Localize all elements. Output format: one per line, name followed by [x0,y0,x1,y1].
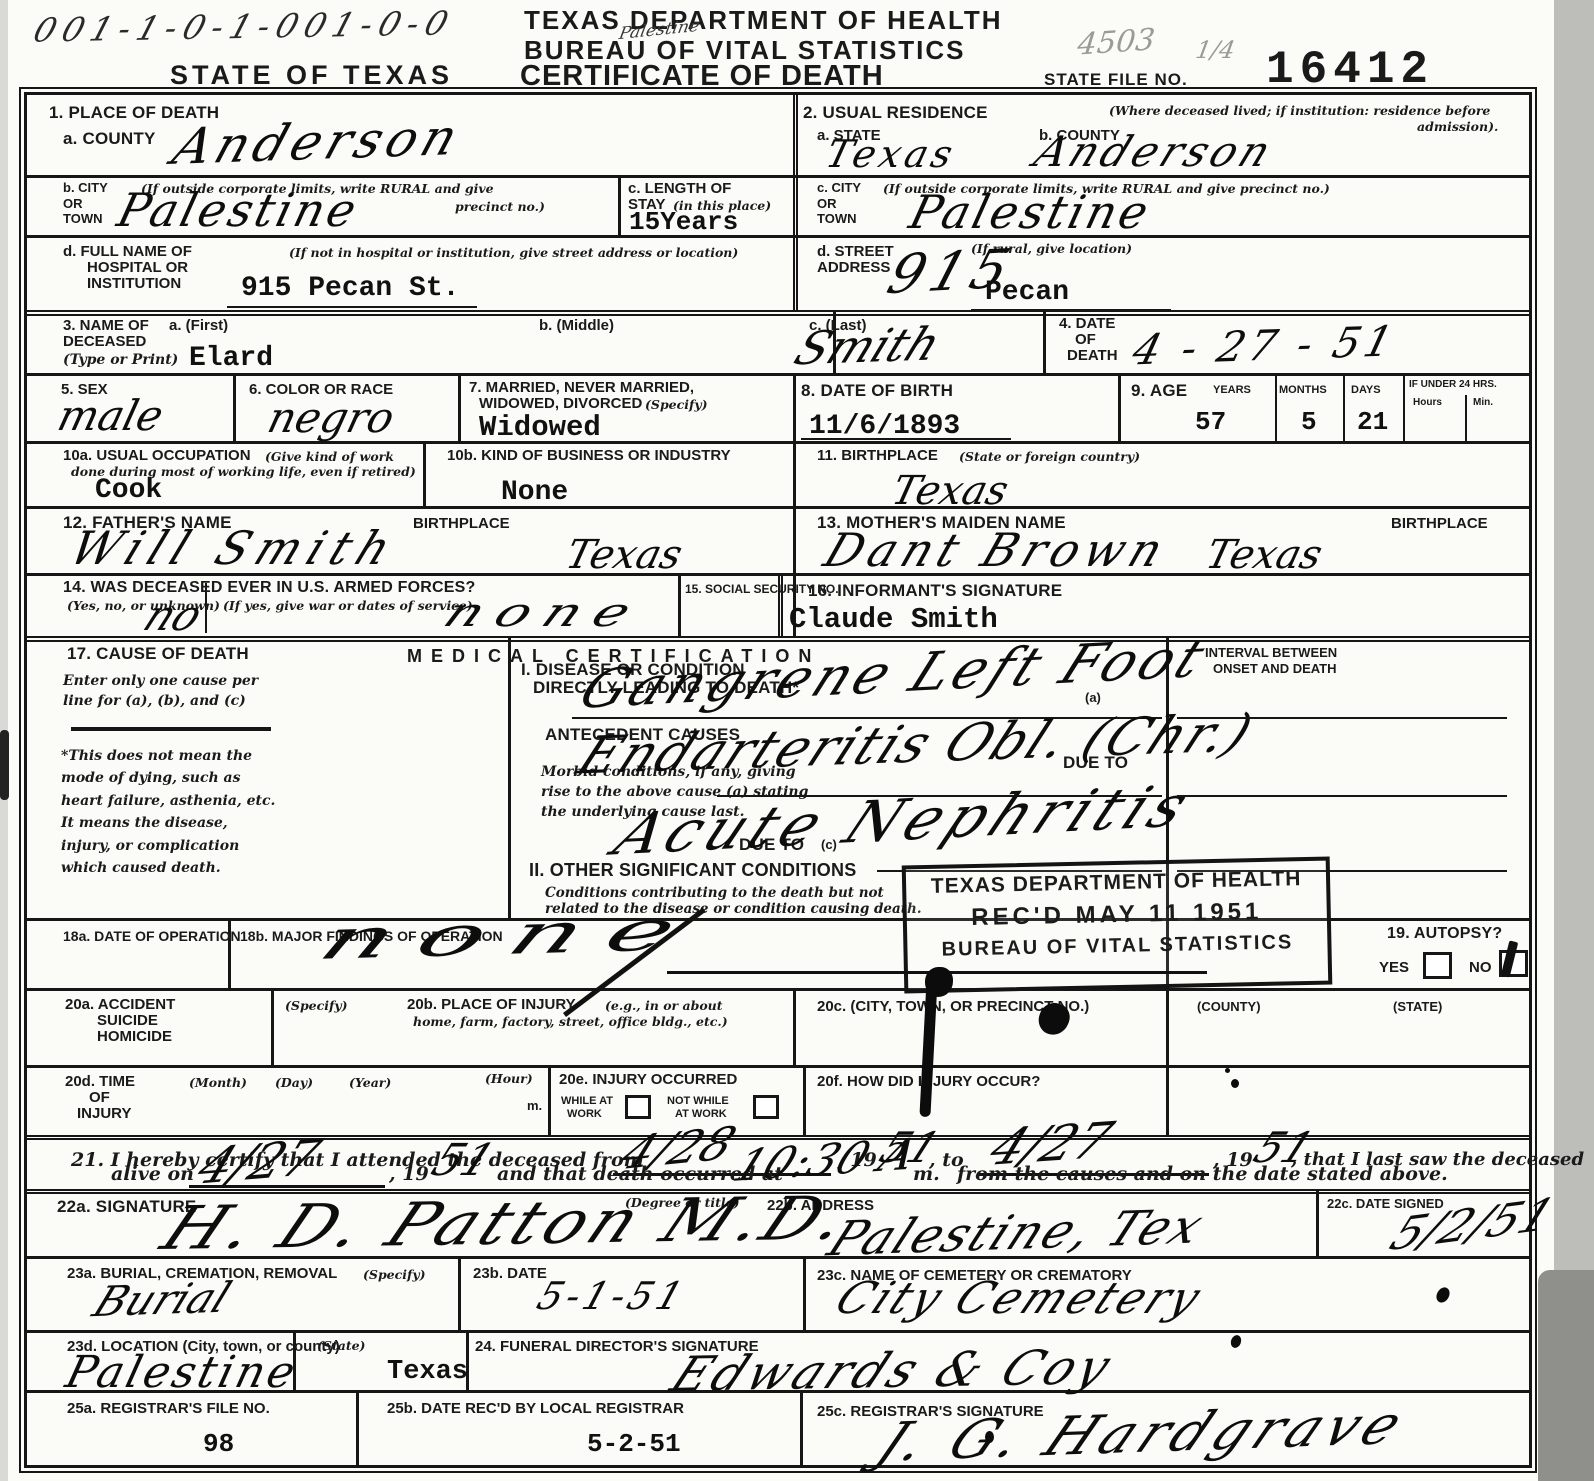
row-border [27,175,1529,178]
place-of-injury-note2: home, farm, factory, street, office bldg… [413,1014,728,1030]
age-hours-label: Hours [1413,397,1442,409]
occupation-note: (Give kind of work [265,449,394,465]
age-years-value: 57 [1195,407,1226,437]
place-city-or: OR [63,197,83,212]
ink-dot [1434,1285,1452,1305]
burial-date-label: 23b. DATE [473,1265,547,1283]
burial-state-note: (State) [317,1338,365,1354]
accident-specify-note: (Specify) [285,998,348,1014]
residence-title: 2. USUAL RESIDENCE [803,103,988,123]
registrar-signature-value: J. G. Hardgrave [869,1398,1417,1470]
not-while-at-work-label: NOT WHILE [667,1095,729,1108]
burial-date-value: 5-1-51 [533,1277,692,1315]
industry-label: 10b. KIND OF BUSINESS OR INDUSTRY [447,447,731,465]
registrar-file-label: 25a. REGISTRAR'S FILE NO. [67,1400,270,1418]
cause-note1: Enter only one cause per [63,672,258,692]
registrar-date-value: 5-2-51 [587,1429,681,1459]
certify-alive-underline [189,1185,385,1188]
col-border [1118,373,1121,441]
col-border [803,1065,806,1135]
col-border [508,636,511,918]
injury-occurred-label: 20e. INJURY OCCURRED [559,1071,737,1089]
date-of-operation-label: 18a. DATE OF OPERATION [63,928,241,944]
col-border [678,573,681,636]
col-border [458,1256,461,1330]
age-min-label: Min. [1473,397,1493,409]
autopsy-no-label: NO [1469,959,1492,977]
col-border [233,373,236,441]
cause-of-death-title: 17. CAUSE OF DEATH [67,644,249,664]
physician-signature-value: H. D. Patton M.D. [153,1188,862,1259]
other-conditions-note: Conditions contributing to the death but… [545,885,884,903]
scan-edge-right [1554,0,1594,1481]
not-while-at-work-checkbox [753,1095,779,1119]
ink-dot [1225,1068,1230,1073]
dob-label: 8. DATE OF BIRTH [801,381,953,401]
cause-note2: *This does not mean the mode of dying, s… [61,745,281,879]
stamp-line2: REC'D MAY 11 1951 [907,897,1327,934]
col-border [356,1390,359,1465]
death-certificate-scan: 001-1-0-1-001-0-0 TEXAS DEPARTMENT OF HE… [0,0,1594,1481]
father-birthplace-label: BIRTHPLACE [413,515,510,533]
state-file-number: 16412 [1266,44,1434,96]
armed-forces-label: 14. WAS DECEASED EVER IN U.S. ARMED FORC… [63,579,476,597]
informant-label: 16. INFORMANT'S SIGNATURE [808,581,1062,601]
certify-time: 10:30 A [727,1133,923,1189]
state-file-no-label: STATE FILE NO. [1044,70,1188,90]
col-border [1316,1189,1319,1256]
stamp-line1: TEXAS DEPARTMENT OF HEALTH [906,867,1326,900]
physician-address-value: Palestine, Tex [821,1203,1212,1264]
informant-value: Claude Smith [789,603,998,636]
injury-hour-label: (Hour) [485,1071,533,1087]
birthplace-note: (State or foreign country) [959,449,1140,465]
place-of-injury-label: 20b. PLACE OF INJURY [407,996,576,1014]
registrar-file-value: 98 [203,1429,234,1459]
name-first-value: Elard [189,343,273,374]
certify-19c: , 19 [389,1163,429,1185]
place-county-label: a. COUNTY [63,129,155,149]
interval-header: INTERVAL BETWEEN [1205,646,1337,661]
burial-state-value: Texas [387,1357,468,1387]
col-border [1275,373,1277,441]
armed-forces-note2: (If yes, give war or dates of service) [223,598,473,614]
funeral-director-signature: Edwards & Coy [664,1343,1122,1399]
col-border [548,1065,551,1135]
ink-dot [1231,1079,1239,1088]
place-city-town: TOWN [63,212,102,227]
name-middle-label: b. (Middle) [539,317,614,335]
underline [227,306,477,308]
row-border [27,988,1529,991]
place-city-note2: precinct no.) [455,199,545,215]
certify-text-4: from the causes and on the date stated a… [957,1163,1448,1185]
name-label3: (Type or Print) [63,351,178,371]
col-border [423,441,426,506]
residence-city-label: c. CITY [817,181,861,196]
col-border [1343,373,1345,441]
injury-year-label: (Year) [349,1075,391,1091]
other-conditions-title: II. OTHER SIGNIFICANT CONDITIONS [529,860,856,881]
burial-specify-note: (Specify) [363,1267,426,1283]
name-first-label: a. (First) [169,317,228,335]
race-value: negro [264,397,399,439]
col-border [803,1256,806,1330]
mother-birthplace-value: Texas [1202,535,1326,575]
date-of-death-value: 4 - 27 - 51 [1128,320,1400,371]
underline [971,309,1171,311]
residence-city-value: Palestine [905,189,1155,235]
length-of-stay-value: 15Years [629,207,738,237]
ink-dot [985,1431,994,1443]
row-border [27,636,1529,642]
father-birthplace-value: Texas [562,535,686,575]
row-border [27,506,1529,509]
injury-month-label: (Month) [189,1075,247,1091]
injury-county-label: (COUNTY) [1197,1000,1261,1015]
date-of-death-label3: DEATH [1067,347,1118,365]
time-of-injury-label3: INJURY [77,1105,131,1123]
age-months-label: MONTHS [1279,384,1327,397]
form-frame: 1. PLACE OF DEATH a. COUNTY Anderson 2. … [24,92,1532,1468]
scan-mark-left [0,730,9,800]
certify-m: m. [913,1163,940,1185]
name-label2: DECEASED [63,333,146,351]
interval-rule [1177,717,1507,719]
col-border [1043,310,1046,373]
col-border [458,373,461,441]
war-service-value: none [437,593,652,633]
stamp-line3: BUREAU OF VITAL STATISTICS [907,931,1327,963]
row-border [27,1330,1529,1333]
autopsy-yes-checkbox [1423,952,1452,979]
col-border [793,988,796,1065]
place-city-label: b. CITY [63,181,108,196]
injury-day-label: (Day) [275,1075,313,1091]
age-days-label: DAYS [1351,384,1381,397]
injury-state-label: (STATE) [1393,1000,1442,1015]
father-name-value: Will Smith [64,525,406,571]
major-findings-value: none [310,903,713,969]
institution-note: (If not in hospital or institution, give… [289,245,738,261]
row-border [27,1065,1529,1068]
marital-value: Widowed [479,411,601,444]
col-border [1465,395,1467,441]
row-border [27,441,1529,444]
mother-birthplace-label: BIRTHPLACE [1391,515,1488,533]
residence-title-note: (Where deceased lived; if institution: r… [1109,103,1490,119]
col-border [618,175,621,235]
while-at-work-label2: WORK [567,1108,602,1121]
ledger-code-handwriting: 001-1-0-1-001-0-0 [30,6,459,46]
residence-state-value: Texas [822,135,960,173]
place-county-value: Anderson [167,112,469,172]
cause-note1b: line for (a), (b), and (c) [63,692,246,712]
age-under24-label: IF UNDER 24 HRS. [1409,379,1497,391]
street-address-typed: Pecan [985,277,1069,308]
age-label: 9. AGE [1131,381,1187,401]
cemetery-value: City Cemetery [828,1277,1210,1321]
interval-header2: ONSET AND DEATH [1213,662,1337,677]
place-city-value: Palestine [113,187,363,233]
industry-value: None [501,477,568,508]
place-of-injury-note: (e.g., in or about [605,998,723,1014]
street-address-label2: ADDRESS [817,259,890,277]
certify-year3: 51 [425,1139,501,1183]
header-department: TEXAS DEPARTMENT OF HEALTH [524,6,1003,36]
autopsy-yes-label: YES [1379,959,1409,977]
birthplace-label: 11. BIRTHPLACE [817,447,938,465]
col-border [800,1390,803,1465]
interval-rule [1177,795,1507,797]
while-at-work-checkbox [625,1095,651,1119]
birthplace-value: Texas [888,471,1012,511]
underline [801,438,1011,440]
ink-dot [1229,1334,1243,1350]
while-at-work-label: WHILE AT [561,1095,613,1108]
age-days-value: 21 [1357,407,1388,437]
header-faint-mark-2: 1/4 [1194,38,1237,62]
marital-specify-note: (Specify) [645,397,708,413]
residence-city-or: OR [817,197,837,212]
col-border [271,988,274,1065]
divider-rule [71,727,271,731]
row-border [27,310,1529,316]
residence-city-town: TOWN [817,212,856,227]
age-years-label: YEARS [1213,384,1251,397]
residence-county-value: Anderson [1029,131,1281,173]
burial-location-value: Palestine [62,1351,303,1395]
residence-title-note2: admission). [1417,119,1498,135]
certify-alive-on: alive on [111,1163,194,1185]
header-certificate-title: CERTIFICATE OF DEATH [520,60,884,93]
header-state-of-texas: STATE OF TEXAS [170,60,453,91]
homicide-label: HOMICIDE [97,1028,172,1046]
certify-alive-date: 4/27 [191,1132,328,1192]
cause-a-value: Gangrene Left Foot [572,631,1216,717]
sex-value: male [54,395,168,437]
injury-m-label: m. [527,1099,542,1114]
header-faint-mark-1: 4503 [1076,25,1156,60]
autopsy-label: 19. AUTOPSY? [1387,925,1502,943]
mother-name-value: Dant Brown [819,527,1175,573]
occupation-label: 10a. USUAL OCCUPATION [63,447,251,465]
name-last-value: Smith [789,321,948,372]
registrar-date-label: 25b. DATE REC'D BY LOCAL REGISTRAR [387,1400,684,1418]
occupation-value: Cook [95,475,162,506]
scan-smudge-bottom-right [1538,1270,1594,1481]
institution-label3: INSTITUTION [87,275,181,293]
burial-type-value: Burial [87,1277,236,1324]
col-border [793,95,798,310]
age-months-value: 5 [1301,407,1317,437]
institution-value: 915 Pecan St. [241,273,459,304]
col-border [1403,373,1405,441]
